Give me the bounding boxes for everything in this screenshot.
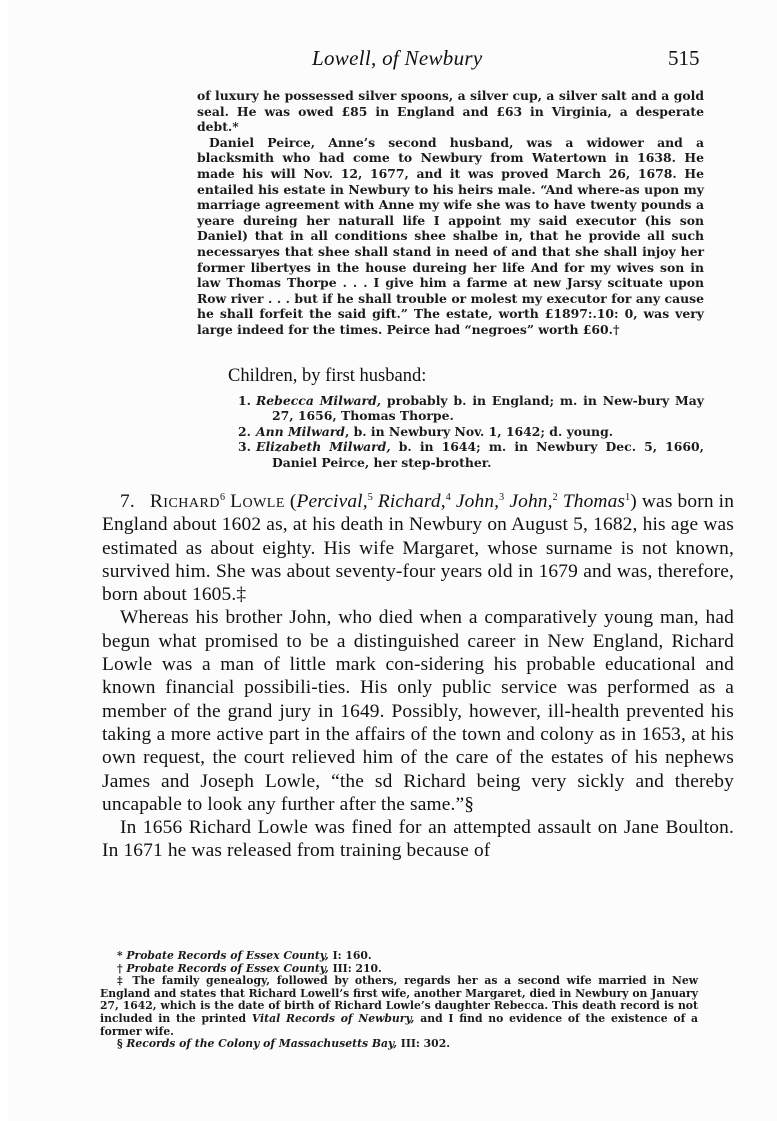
children-heading: Children, by first husband: — [228, 366, 426, 387]
child-item: 1.Rebecca Milward, probably b. in Englan… — [238, 393, 704, 424]
paragraph-luxury: of luxury he possessed silver spoons, a … — [197, 88, 704, 135]
paragraph-daniel-peirce: Daniel Peirce, Anne’s second husband, wa… — [197, 135, 704, 338]
entry-name: Richard — [150, 491, 220, 512]
footnote-section: § Records of the Colony of Massachusetts… — [100, 1038, 698, 1051]
lineage-name: Thomas — [563, 491, 625, 512]
footnote-double-dagger: ‡ The family genealogy, followed by othe… — [100, 975, 698, 1038]
running-title: Lowell, of Newbury — [312, 46, 483, 71]
paragraph-entry-intro: 7. Richard6 Lowle (Percival,5 Richard,4 … — [102, 490, 734, 606]
children-list: 1.Rebecca Milward, probably b. in Englan… — [238, 393, 704, 470]
continued-entry-text: of luxury he possessed silver spoons, a … — [197, 88, 704, 338]
child-name: Ann Milward — [256, 424, 345, 439]
child-item: 2.Ann Milward, b. in Newbury Nov. 1, 164… — [238, 424, 704, 439]
entry-7-richard-lowle: 7. Richard6 Lowle (Percival,5 Richard,4 … — [102, 490, 734, 863]
page-number: 515 — [668, 46, 700, 71]
child-name: Rebecca Milward, — [256, 393, 381, 408]
paragraph-1656: In 1656 Richard Lowle was fined for an a… — [102, 816, 734, 863]
footnotes: * Probate Records of Essex County, I: 16… — [100, 950, 698, 1051]
paragraph-brother-john: Whereas his brother John, who died when … — [102, 606, 734, 816]
entry-surname: Lowle — [230, 491, 285, 512]
child-name: Elizabeth Milward, — [256, 439, 391, 454]
lineage-name: John, — [509, 491, 552, 512]
lineage-name: Percival, — [297, 491, 368, 512]
entry-number: 7. — [120, 491, 135, 512]
lineage-name: Richard, — [378, 491, 446, 512]
running-head: Lowell, of Newbury 515 — [0, 44, 777, 74]
child-item: 3.Elizabeth Milward, b. in 1644; m. in N… — [238, 439, 704, 470]
lineage-name: John, — [456, 491, 499, 512]
